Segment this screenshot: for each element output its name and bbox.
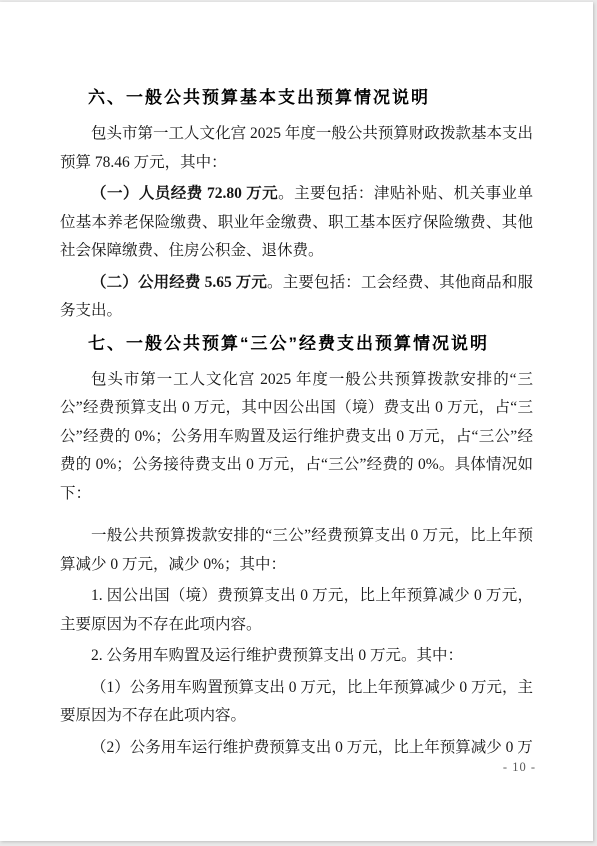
text-run: （2）公务用车运行维护费预算支出 0 万元，比上年预算减少 0 万: [91, 739, 533, 756]
paragraph-public-expense: （二）公用经费 5.65 万元。主要包括：工会经费、其他商品和服务支出。: [60, 269, 533, 326]
text-run: （1）公务用车购置预算支出 0 万元，比上年预算减少 0 万元，主要原因为不存在…: [60, 679, 533, 725]
paragraph-three-public-overview: 包头市第一工人文化宫 2025 年度一般公共预算拨款安排的“三公”经费预算支出 …: [60, 366, 533, 509]
text-run: 包头市第一工人文化宫 2025 年度一般公共预算拨款安排的“三公”经费预算支出 …: [60, 371, 533, 502]
section-7-heading: 七、一般公共预算“三公”经费支出预算情况说明: [60, 330, 533, 358]
page-number: - 10 -: [503, 760, 536, 775]
text-run: 一般公共预算拨款安排的“三公”经费预算支出 0 万元，比上年预算减少 0 万元，…: [60, 527, 533, 573]
text-run: 2. 公务用车购置及运行维护费预算支出 0 万元。其中：: [91, 647, 463, 664]
text-run-bold: （一）人员经费 72.80 万元: [91, 185, 278, 202]
section-6-heading: 六、一般公共预算基本支出预算情况说明: [60, 84, 533, 112]
paragraph-basic-expenditure-total: 包头市第一工人文化宫 2025 年度一般公共预算财政拨款基本支出预算 78.46…: [60, 120, 533, 177]
paragraph-three-public-total: 一般公共预算拨款安排的“三公”经费预算支出 0 万元，比上年预算减少 0 万元，…: [60, 522, 533, 579]
document-page: 六、一般公共预算基本支出预算情况说明 包头市第一工人文化宫 2025 年度一般公…: [0, 2, 593, 841]
text-run-bold: （二）公用经费 5.65 万元: [91, 274, 267, 291]
paragraph-item-2-2-vehicle-maintenance: （2）公务用车运行维护费预算支出 0 万元，比上年预算减少 0 万: [60, 734, 533, 763]
text-run: 包头市第一工人文化宫 2025 年度一般公共预算财政拨款基本支出预算 78.46…: [60, 125, 533, 171]
text-run: 1. 因公出国（境）费预算支出 0 万元，比上年预算减少 0 万元，主要原因为不…: [60, 587, 533, 633]
page-content: 六、一般公共预算基本支出预算情况说明 包头市第一工人文化宫 2025 年度一般公…: [0, 2, 593, 762]
paragraph-item-1-abroad-expense: 1. 因公出国（境）费预算支出 0 万元，比上年预算减少 0 万元，主要原因为不…: [60, 582, 533, 639]
paragraph-item-2-1-vehicle-purchase: （1）公务用车购置预算支出 0 万元，比上年预算减少 0 万元，主要原因为不存在…: [60, 674, 533, 731]
paragraph-personnel-expense: （一）人员经费 72.80 万元。主要包括：津贴补贴、机关事业单位基本养老保险缴…: [60, 180, 533, 266]
paragraph-item-2-vehicle-expense: 2. 公务用车购置及运行维护费预算支出 0 万元。其中：: [60, 642, 533, 671]
